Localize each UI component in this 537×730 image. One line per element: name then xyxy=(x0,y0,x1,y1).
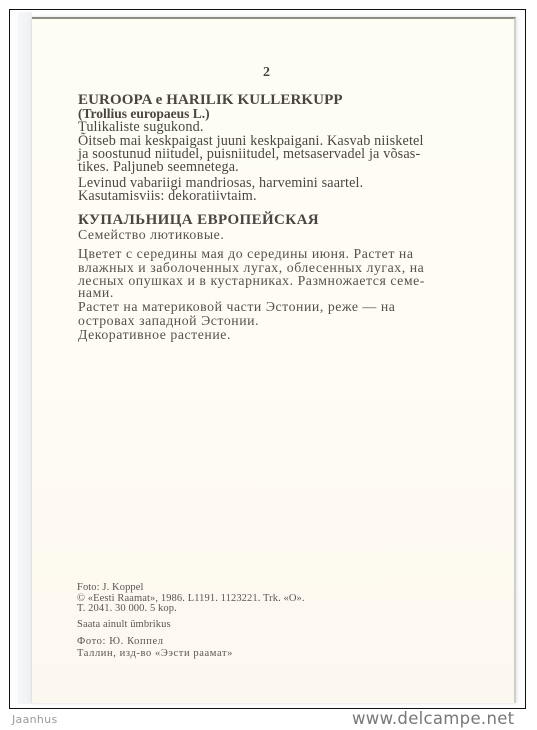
estonian-line: tikes. Paljuneb seemnetega. xyxy=(78,159,239,176)
photo-credit-ru: Фото: Ю. Коппел xyxy=(77,636,164,647)
page-number: 2 xyxy=(263,65,270,81)
russian-line: Семейство лютиковые. xyxy=(78,227,224,243)
estonian-line: Kasutamisviis: dekoratiivtaim. xyxy=(78,188,257,205)
russian-line: лесных опушках и в кустарниках. Размножа… xyxy=(78,273,425,289)
mail-note: Saata ainult ümbrikus xyxy=(77,619,171,630)
russian-line: Декоративное растение. xyxy=(78,327,231,343)
seller-watermark: Jaanhus xyxy=(12,713,57,726)
photo-credit-et: Foto: J. Koppel xyxy=(77,582,144,593)
print-line: T. 2041. 30 000. 5 kop. xyxy=(77,603,177,614)
publisher-ru: Таллин, изд-во «Ээсти раамат» xyxy=(77,648,233,659)
site-watermark: www.delcampe.net xyxy=(352,709,514,728)
card-shadow xyxy=(18,12,32,704)
